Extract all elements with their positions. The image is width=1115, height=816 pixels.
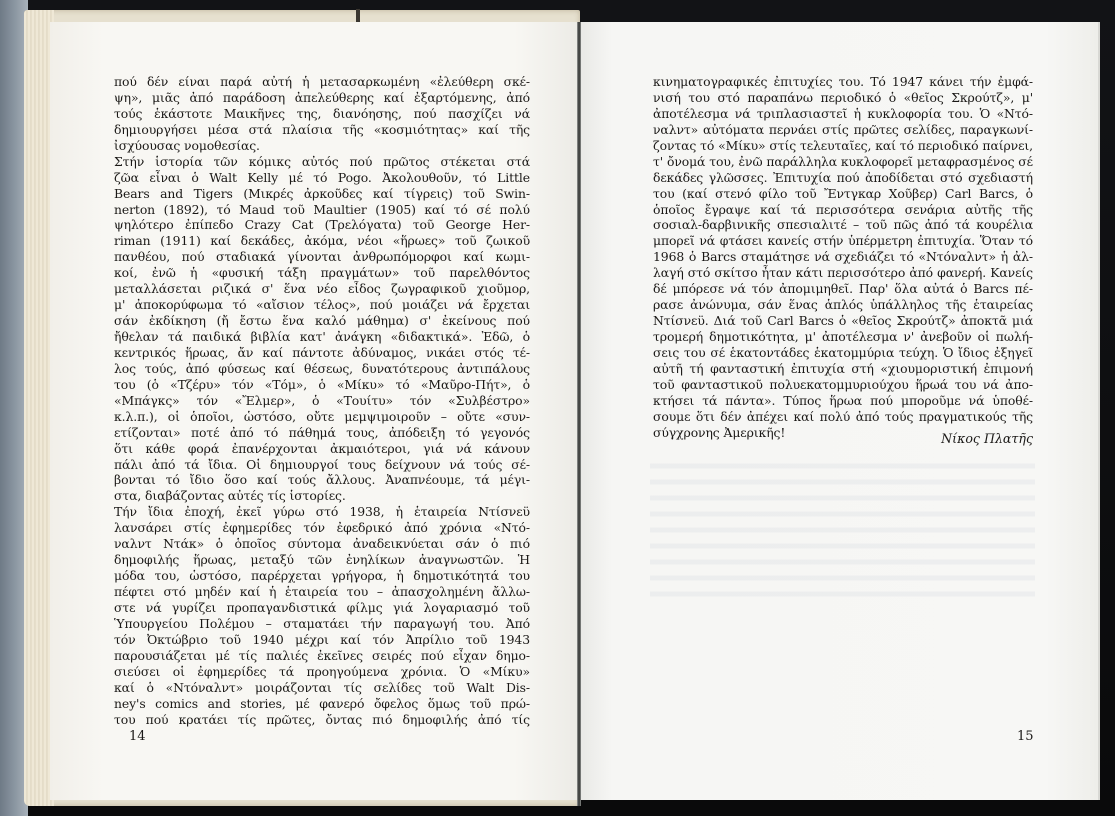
text-line: ney's comics and stories, μέ φανερό ὄφελ… xyxy=(114,696,530,712)
text-line: κεντρικός ἥρωας, ἄν καί πάντοτε ἀδύναμος… xyxy=(114,345,530,361)
text-line: riman (1911) καί δεκάδες, ἀκόμα, νέοι «ἥ… xyxy=(114,233,530,249)
text-line: του (ὁ «Τζέρυ» τόν «Τόμ», ὁ «Μίκυ» τό «Μ… xyxy=(114,377,530,393)
text-line: στα, διαβάζοντας αὐτές τίς ἱστορίες. xyxy=(114,488,530,504)
text-line: Ντίσνεϋ. Διά τοῦ Carl Barcs ὁ «θεῖος Σκρ… xyxy=(653,313,1033,329)
text-line: μόδα του, ὡστόσο, παρέρχεται γρήγορα, ἡ … xyxy=(114,568,530,584)
text-line: ναλντ» αὐτόματα περνάει στίς πρῶτες σελί… xyxy=(653,122,1033,138)
text-line: Ὑπουργείου Πολέμου – σταματάει τήν παραγ… xyxy=(114,616,530,632)
text-line: πέφτει στό μηδέν καί ἡ ἑταιρεία του – ἀπ… xyxy=(114,584,530,600)
text-line: ἀποτέλεσμα νά τριπλασιαστεῖ ἡ κυκλοφορία… xyxy=(653,106,1033,122)
text-line: nerton (1892), τό Maud τοῦ Maultier (190… xyxy=(114,202,530,218)
text-line: μπορεῖ νά φτάσει κανείς στήν ὑπέρμετρη ἐ… xyxy=(653,233,1033,249)
right-page-body-text: κινηματογραφικές ἐπιτυχίες του. Τό 1947 … xyxy=(653,74,1033,441)
text-line: Τήν ἴδια ἐποχή, ἐκεῖ γύρω στό 1938, ἡ ἑτ… xyxy=(114,504,530,520)
text-line: τ' ὄνομά του, ἐνῶ παράλληλα κυκλοφορεῖ μ… xyxy=(653,154,1033,170)
text-line: κινηματογραφικές ἐπιτυχίες του. Τό 1947 … xyxy=(653,74,1033,90)
text-line: του πού κρατάει τίς πρῶτες, ὄντας πιό δη… xyxy=(114,712,530,728)
text-line: κοί, ἐνῶ ἡ «φυσική τάξη πραγμάτων» τοῦ π… xyxy=(114,265,530,281)
text-line: ὁποῖος ἔγραψε καί τά περισσότερα σενάρια… xyxy=(653,202,1033,218)
text-line: βονται τό ἴδιο ὅσο καί τούς ἄλλους. Ἀναπ… xyxy=(114,472,530,488)
text-line: πανθέου, πού σταδιακά γίνονται ἀνθρωπόμο… xyxy=(114,249,530,265)
text-line: ναλντ Ντάκ» ὁ ὁποῖος σύντομα ἀναδεικνύετ… xyxy=(114,536,530,552)
text-line: δημιουργήσει μέσα στά πλαίσια τῆς «κοσμι… xyxy=(114,122,530,138)
text-line: του (καί στενό φίλο τοῦ Ἔντγκαρ Χοῦβερ) … xyxy=(653,186,1033,202)
text-line: δεκάδες γλῶσσες. Ἐπιτυχία πού ἀποδίδεται… xyxy=(653,170,1033,186)
text-line: ζοντας τό «Μίκυ» στίς τελευταῖες, καί τό… xyxy=(653,138,1033,154)
text-line: ζῶα εἶναι ὁ Walt Kelly μέ τό Pogo. Ἀκολο… xyxy=(114,170,530,186)
text-line: λαγή στό σκίτσο ἦταν κάτι περισσότερο ἀπ… xyxy=(653,265,1033,281)
text-line: στε νά γυρίζει προπαγανδιστικά φίλμς γιά… xyxy=(114,600,530,616)
text-line: σεις του σέ ἑκατοντάδες ἑκατομμύρια τεύχ… xyxy=(653,345,1033,361)
text-line: ἤθελαν τά παιδικά βιβλία κατ' ἀνάγκη «δι… xyxy=(114,329,530,345)
text-line: ρασε ἀνώνυμα, σάν ἕνας ἁπλός ὑπάλληλος τ… xyxy=(653,297,1033,313)
text-line: τούς ἑκάστοτε Μαικῆνες της, διανόησης, π… xyxy=(114,106,530,122)
text-line: δημοφιλής ἥρωας, μεταξύ τῶν ἐνηλίκων ἀνα… xyxy=(114,552,530,568)
text-line: παρουσιάζεται μέ τίς παλιές ἐκεῖνες σειρ… xyxy=(114,648,530,664)
book-photo: πού δέν είναι παρά αὐτή ἡ μετασαρκωμένη … xyxy=(0,0,1115,816)
author-signature: Νίκος Πλατῆς xyxy=(880,431,1033,446)
text-line: σιεύσει οἱ ἐφημερίδες τά προηγούμενα χρό… xyxy=(114,664,530,680)
text-line: ψηλότερο ἐπίπεδο Crazy Cat (Τρελόγατα) τ… xyxy=(114,217,530,233)
text-line: μ' ἀποκορύφωμα τό «αἴσιον τέλος», πού μο… xyxy=(114,297,530,313)
text-line: «Μπάγκς» τόν «Ἔλμερ», ὁ «Τουίτυ» τόν «Συ… xyxy=(114,393,530,409)
left-page-number: 14 xyxy=(129,729,146,744)
text-line: λος τούς, ἀπό φύσεως καί θέσεως, δυνατότ… xyxy=(114,361,530,377)
text-line: δέ μπόρεσε νά τόν ἀπομιμηθεῖ. Παρ' ὅλα α… xyxy=(653,281,1033,297)
text-line: τοῦ φανταστικοῦ πολυεκατομμυριούχου ἥρωά… xyxy=(653,377,1033,393)
left-page-body-text: πού δέν είναι παρά αὐτή ἡ μετασαρκωμένη … xyxy=(114,74,530,727)
show-through-text xyxy=(650,455,1035,605)
text-line: σουμε ὅτι δέν ἀπέχει καί πολύ ἀπό τούς π… xyxy=(653,409,1033,425)
text-line: 1968 ὁ Barcs σταμάτησε νά σχεδιάζει τό «… xyxy=(653,249,1033,265)
text-line: ἰσχύουσας νομοθεσίας. xyxy=(114,138,530,154)
text-line: ψη», μιᾶς ἀπό παράδοση ἀπελεύθερης καί ἐ… xyxy=(114,90,530,106)
right-page-number: 15 xyxy=(1017,729,1034,744)
text-line: κ.λ.π.), οἱ ὁποῖοι, ὡστόσο, οὔτε μεμψιμο… xyxy=(114,409,530,425)
text-line: αὐτῆ τή φανταστική ἐπιτυχία στή «χιουμορ… xyxy=(653,361,1033,377)
text-line: κτήσει τά πάντα». Τύπος ἥρωα πού μποροῦμ… xyxy=(653,393,1033,409)
text-line: τόν Ὀκτώβριο τοῦ 1940 μέχρι καί τόν Ἀπρί… xyxy=(114,632,530,648)
text-line: πού δέν είναι παρά αὐτή ἡ μετασαρκωμένη … xyxy=(114,74,530,90)
text-line: τρομερή δημοτικότητα, μ' ἀποτέλεσμα ν' ἀ… xyxy=(653,329,1033,345)
text-line: Στήν ἱστορία τῶν κόμικς αὐτός πού πρῶτος… xyxy=(114,154,530,170)
text-line: μεταλλάσεται ριζικά σ' ἕνα νέο εἶδος ζωγ… xyxy=(114,281,530,297)
text-line: Bears and Tigers (Μικρές ἀρκοῦδες καί τί… xyxy=(114,186,530,202)
book-gutter xyxy=(577,22,581,806)
text-line: σοσιαλ-δαρβινικῆς σπεσιαλιτέ – τοῦ πῶς ἀ… xyxy=(653,217,1033,233)
text-line: πάλι ἀπό τά ἴδια. Οἱ δημιουργοί τους δεί… xyxy=(114,457,530,473)
text-line: λανσάρει στίς ἐφημερίδες τόν ἐφεδρικό ἀπ… xyxy=(114,520,530,536)
text-line: ετίζονται» ποτέ ἀπό τό πάθημά τους, ἀπόδ… xyxy=(114,425,530,441)
text-line: νισή του στό παραπάνω περιοδικό ὁ «θεῖος… xyxy=(653,90,1033,106)
text-line: ὅτι κάθε φορά ἐπανέρχονται ἀκμαιότεροι, … xyxy=(114,441,530,457)
text-line: σάν ἐκδίκηση (ἤ ἔστω ἕνα καλό μάθημα) σ'… xyxy=(114,313,530,329)
text-line: καί ὁ «Ντόναλντ» μοιράζονται τίς σελίδες… xyxy=(114,680,530,696)
